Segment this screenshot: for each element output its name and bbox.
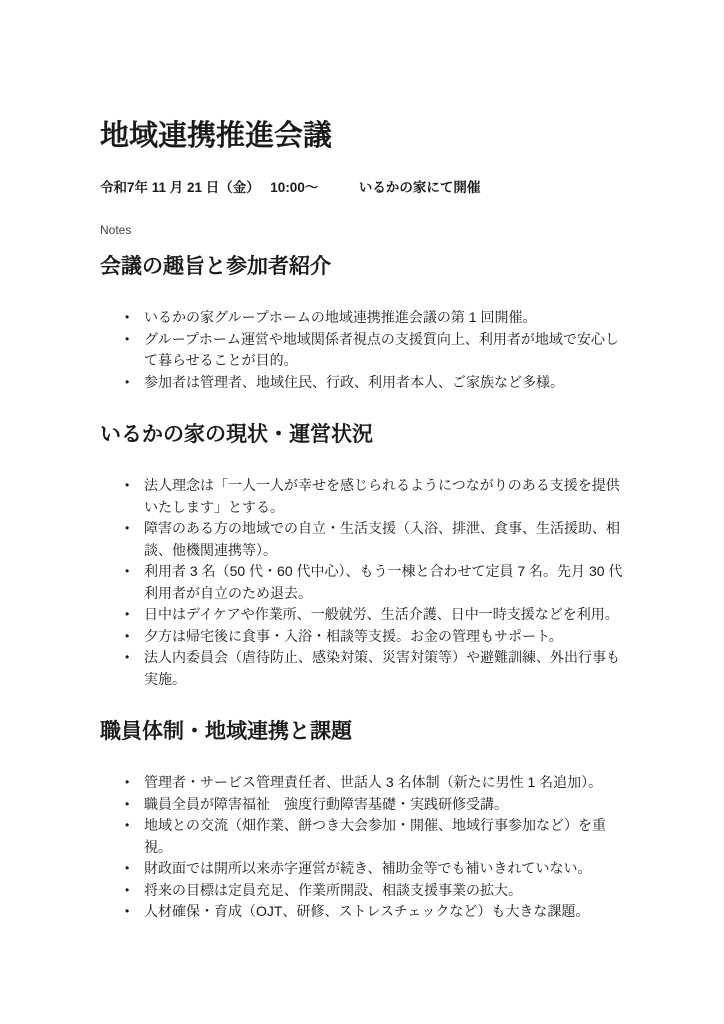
list-item: • 夕方は帰宅後に食事・入浴・相談等支援。お金の管理もサポート。 <box>100 626 628 648</box>
bullet-list-purpose-participants: • いるかの家グループホームの地域連携推進会議の第 1 回開催。 • グループホ… <box>100 307 628 393</box>
list-item-text: 日中はデイケアや作業所、一般就労、生活介護、日中一時支援などを利用。 <box>144 606 619 622</box>
page-title: 地域連携推進会議 <box>100 118 628 154</box>
bullet-marker: • <box>125 815 129 837</box>
bullet-marker: • <box>125 880 129 902</box>
list-item: • 法人理念は「一人一人が幸せを感じられるようにつながりのある支援を提供いたしま… <box>100 475 628 518</box>
list-item-text: グループホーム運営や地域関係者視点の支援質向上、利用者が地域で安心して暮らせるこ… <box>144 331 619 369</box>
section-heading-purpose-participants: 会議の趣旨と参加者紹介 <box>100 253 628 281</box>
list-item: • 管理者・サービス管理責任者、世話人 3 名体制（新たに男性 1 名追加）。 <box>100 772 628 794</box>
bullet-marker: • <box>125 372 129 394</box>
list-item-text: 人材確保・育成（OJT、研修、ストレスチェックなど）も大きな課題。 <box>144 903 589 919</box>
list-item: • 地域との交流（畑作業、餅つき大会参加・開催、地域行事参加など）を重視。 <box>100 815 628 858</box>
bullet-marker: • <box>125 561 129 583</box>
bullet-marker: • <box>125 307 129 329</box>
list-item: • 職員全員が障害福祉 強度行動障害基礎・実践研修受講。 <box>100 794 628 816</box>
list-item: • いるかの家グループホームの地域連携推進会議の第 1 回開催。 <box>100 307 628 329</box>
list-item: • 人材確保・育成（OJT、研修、ストレスチェックなど）も大きな課題。 <box>100 901 628 923</box>
list-item: • 参加者は管理者、地域住民、行政、利用者本人、ご家族など多様。 <box>100 372 628 394</box>
list-item-text: 法人理念は「一人一人が幸せを感じられるようにつながりのある支援を提供いたします」… <box>144 477 620 515</box>
list-item-text: 夕方は帰宅後に食事・入浴・相談等支援。お金の管理もサポート。 <box>144 628 563 644</box>
bullet-list-staffing-issues: • 管理者・サービス管理責任者、世話人 3 名体制（新たに男性 1 名追加）。 … <box>100 772 628 923</box>
list-item-text: いるかの家グループホームの地域連携推進会議の第 1 回開催。 <box>144 309 536 325</box>
list-item-text: 職員全員が障害福祉 強度行動障害基礎・実践研修受講。 <box>144 796 508 812</box>
list-item-text: 地域との交流（畑作業、餅つき大会参加・開催、地域行事参加など）を重視。 <box>144 817 606 855</box>
bullet-marker: • <box>125 475 129 497</box>
bullet-marker: • <box>125 647 129 669</box>
list-item: • グループホーム運営や地域関係者視点の支援質向上、利用者が地域で安心して暮らせ… <box>100 329 628 372</box>
list-item-text: 法人内委員会（虐待防止、感染対策、災害対策等）や避難訓練、外出行事も実施。 <box>144 649 620 687</box>
bullet-marker: • <box>125 772 129 794</box>
notes-label: Notes <box>100 222 628 239</box>
bullet-list-current-status: • 法人理念は「一人一人が幸せを感じられるようにつながりのある支援を提供いたしま… <box>100 475 628 690</box>
list-item: • 法人内委員会（虐待防止、感染対策、災害対策等）や避難訓練、外出行事も実施。 <box>100 647 628 690</box>
bullet-marker: • <box>125 858 129 880</box>
list-item-text: 財政面では開所以来赤字運営が続き、補助金等でも補いきれていない。 <box>144 860 591 876</box>
meeting-date-line: 令和7年 11 月 21 日（金） 10:00～ いるかの家にて開催 <box>100 178 628 198</box>
bullet-marker: • <box>125 604 129 626</box>
section-heading-staffing-issues: 職員体制・地域連携と課題 <box>100 718 628 746</box>
list-item: • 将来の目標は定員充足、作業所開設、相談支援事業の拡大。 <box>100 880 628 902</box>
list-item-text: 将来の目標は定員充足、作業所開設、相談支援事業の拡大。 <box>144 882 522 898</box>
list-item-text: 参加者は管理者、地域住民、行政、利用者本人、ご家族など多様。 <box>144 374 564 390</box>
bullet-marker: • <box>125 518 129 540</box>
list-item: • 利用者 3 名（50 代・60 代中心）、もう一棟と合わせて定員 7 名。先… <box>100 561 628 604</box>
list-item: • 障害のある方の地域での自立・生活支援（入浴、排泄、食事、生活援助、相談、他機… <box>100 518 628 561</box>
bullet-marker: • <box>125 794 129 816</box>
list-item: • 財政面では開所以来赤字運営が続き、補助金等でも補いきれていない。 <box>100 858 628 880</box>
document-page: 地域連携推進会議 令和7年 11 月 21 日（金） 10:00～ いるかの家に… <box>0 0 724 1024</box>
list-item-text: 利用者 3 名（50 代・60 代中心）、もう一棟と合わせて定員 7 名。先月 … <box>144 563 622 601</box>
list-item-text: 障害のある方の地域での自立・生活支援（入浴、排泄、食事、生活援助、相談、他機関連… <box>144 520 620 558</box>
bullet-marker: • <box>125 329 129 351</box>
bullet-marker: • <box>125 626 129 648</box>
section-heading-current-status: いるかの家の現状・運営状況 <box>100 421 628 449</box>
list-item-text: 管理者・サービス管理責任者、世話人 3 名体制（新たに男性 1 名追加）。 <box>144 774 602 790</box>
bullet-marker: • <box>125 901 129 923</box>
list-item: • 日中はデイケアや作業所、一般就労、生活介護、日中一時支援などを利用。 <box>100 604 628 626</box>
